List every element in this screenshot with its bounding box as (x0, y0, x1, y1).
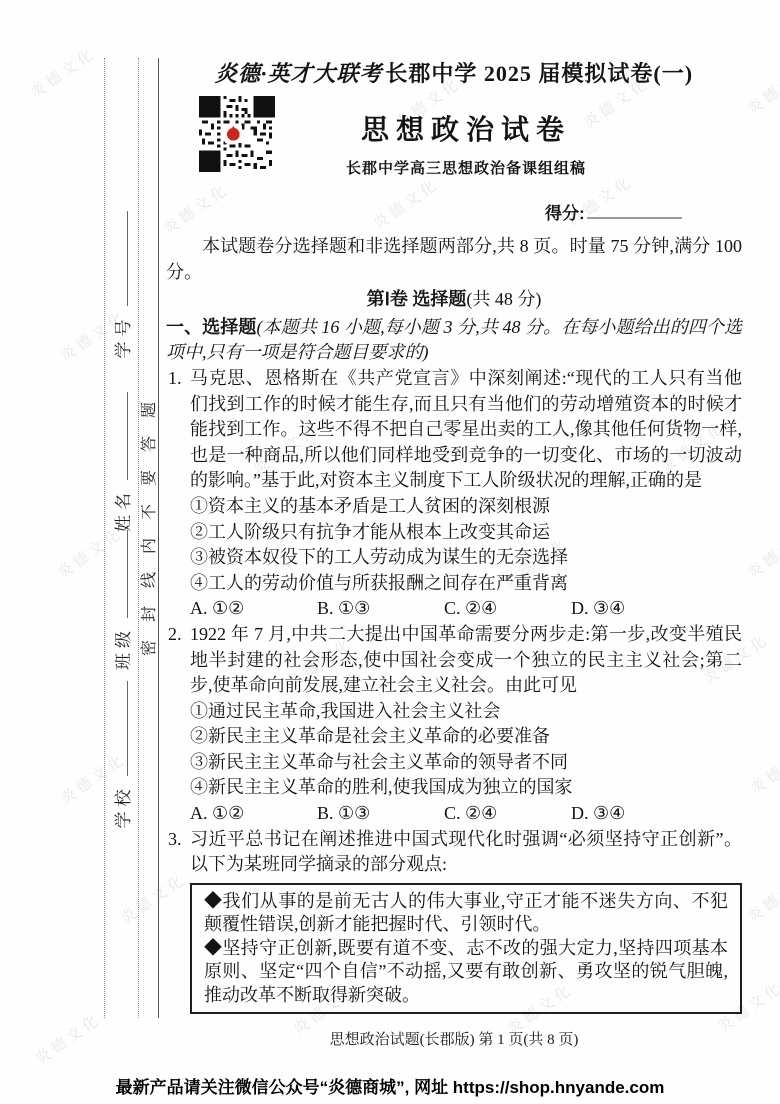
question-item: ③新民主主义革命与社会主义革命的领导者不同 (190, 750, 742, 776)
seal-instruction-text: 密封线内不要答题 (136, 375, 156, 665)
class-label: 班级 (109, 626, 134, 670)
watermark: 炎德文化 (743, 58, 780, 119)
student-id-label: 学号 (109, 315, 134, 359)
question-item: ②新民主主义革命是社会主义革命的必要准备 (190, 724, 742, 750)
brand-name: 炎德·英才大联考 (215, 61, 383, 86)
question-item: ③被资本奴役下的工人劳动成为谋生的无奈选择 (190, 545, 742, 571)
question-2: 2. 1922 年 7 月,中共二大提出中国革命需要分两步走:第一步,改变半殖民… (166, 622, 742, 827)
question-3: 3. 习近平总书记在阐述推进中国式现代化时强调“必须坚持守正创新”。以下为某班同… (166, 827, 742, 1015)
choices-row: A. ①② B. ①③ C. ②④ D. ③④ (190, 801, 742, 827)
section-heading: 第Ⅰ卷 选择题(共 48 分) (166, 287, 742, 313)
section-heading-bold: 第Ⅰ卷 选择题 (367, 289, 467, 309)
qr-code-icon (199, 96, 275, 172)
student-id-blank (114, 212, 128, 307)
intro-paragraph: 本试题卷分选择题和非选择题两部分,共 8 页。时量 75 分钟,满分 100 分… (166, 234, 742, 285)
choice-c: C. ②④ (444, 801, 571, 827)
score-field: 得分: (545, 199, 682, 224)
question-item: ④工人的劳动价值与所获报酬之间存在严重背离 (190, 571, 742, 597)
promo-line: 最新产品请关注微信公众号“炎德商城”, 网址 https://shop.hnya… (0, 1073, 780, 1098)
question-item: ①通过民主革命,我国进入社会主义社会 (190, 699, 742, 725)
watermark: 炎德文化 (743, 522, 780, 583)
question-stem: 马克思、恩格斯在《共产党宣言》中深刻阐述:“现代的工人只有当他们找到工作的时候才… (190, 366, 742, 494)
student-id-field: 学号 (111, 210, 131, 360)
choice-d: D. ③④ (571, 596, 742, 622)
question-number: 1. (168, 366, 182, 392)
class-blank (114, 530, 128, 618)
question-1: 1. 马克思、恩格斯在《共产党宣言》中深刻阐述:“现代的工人只有当他们找到工作的… (166, 366, 742, 622)
school-field: 学校 (111, 680, 131, 830)
school-blank (114, 682, 128, 777)
quote-box-item: ◆我们从事的是前无古人的伟大事业,守正才能不迷失方向、不犯颠覆性错误,创新才能把… (204, 890, 728, 937)
margin-divider-line (158, 58, 159, 1018)
watermark: 炎德文化 (746, 738, 780, 799)
question-stem: 1922 年 7 月,中共二大提出中国革命需要分两步走:第一步,改变半殖民地半封… (190, 622, 742, 699)
class-field: 班级 (111, 530, 131, 670)
choice-b: B. ①③ (317, 596, 444, 622)
choices-row: A. ①② B. ①③ C. ②④ D. ③④ (190, 596, 742, 622)
quote-box: ◆我们从事的是前无古人的伟大事业,守正才能不迷失方向、不犯颠覆性错误,创新才能把… (190, 883, 742, 1015)
choice-d: D. ③④ (571, 801, 742, 827)
student-name-blank (114, 392, 128, 480)
question-item: ①资本主义的基本矛盾是工人贫困的深刻根源 (190, 494, 742, 520)
student-name-label: 姓名 (109, 488, 134, 532)
watermark: 炎德文化 (31, 1008, 105, 1069)
student-name-field: 姓名 (111, 392, 131, 532)
question-item: ②工人阶级只有抗争才能从根本上改变其命运 (190, 520, 742, 546)
paper-title-rest: 长郡中学 2025 届模拟试卷(一) (385, 61, 693, 86)
instructions-lead: 一、选择题 (166, 317, 256, 337)
question-number: 2. (168, 622, 182, 648)
choice-c: C. ②④ (444, 596, 571, 622)
school-label: 学校 (109, 785, 134, 829)
seal-line-outer (104, 58, 105, 1018)
question-stem: 习近平总书记在阐述推进中国式现代化时强调“必须坚持守正创新”。以下为某班同学摘录… (190, 827, 742, 878)
question-number: 3. (168, 827, 182, 853)
watermark: 炎德文化 (159, 178, 233, 239)
section-heading-rest: (共 48 分) (466, 289, 541, 309)
section-instructions: 一、选择题(本题共 16 小题,每小题 3 分,共 48 分。在每小题给出的四个… (166, 315, 742, 366)
exam-body: 本试题卷分选择题和非选择题两部分,共 8 页。时量 75 分钟,满分 100 分… (166, 234, 742, 1014)
watermark: 炎德文化 (369, 173, 443, 234)
paper-title: 炎德·英才大联考长郡中学 2025 届模拟试卷(一) (166, 57, 742, 88)
watermark: 炎德文化 (743, 866, 780, 927)
quote-box-item: ◆坚持守正创新,既要有道不变、志不改的强大定力,坚持四项基本原则、坚定“四个自信… (204, 937, 728, 1008)
choice-a: A. ①② (190, 596, 317, 622)
choice-a: A. ①② (190, 801, 317, 827)
question-item: ④新民主主义革命的胜利,使我国成为独立的国家 (190, 775, 742, 801)
watermark: 炎德文化 (26, 42, 100, 103)
score-label: 得分: (545, 204, 585, 223)
exam-page: 炎德文化 炎德文化 炎德文化 炎德文化 炎德文化 炎德文化 炎德文化 炎德文化 … (0, 0, 780, 1104)
page-number-line: 思想政治试题(长郡版) 第 1 页(共 8 页) (166, 1028, 742, 1049)
exam-subtitle: 长郡中学高三思想政治备课组组稿 (276, 157, 656, 178)
exam-subject-title: 思想政治试卷 (276, 108, 656, 148)
score-blank (587, 202, 682, 219)
choice-b: B. ①③ (317, 801, 444, 827)
